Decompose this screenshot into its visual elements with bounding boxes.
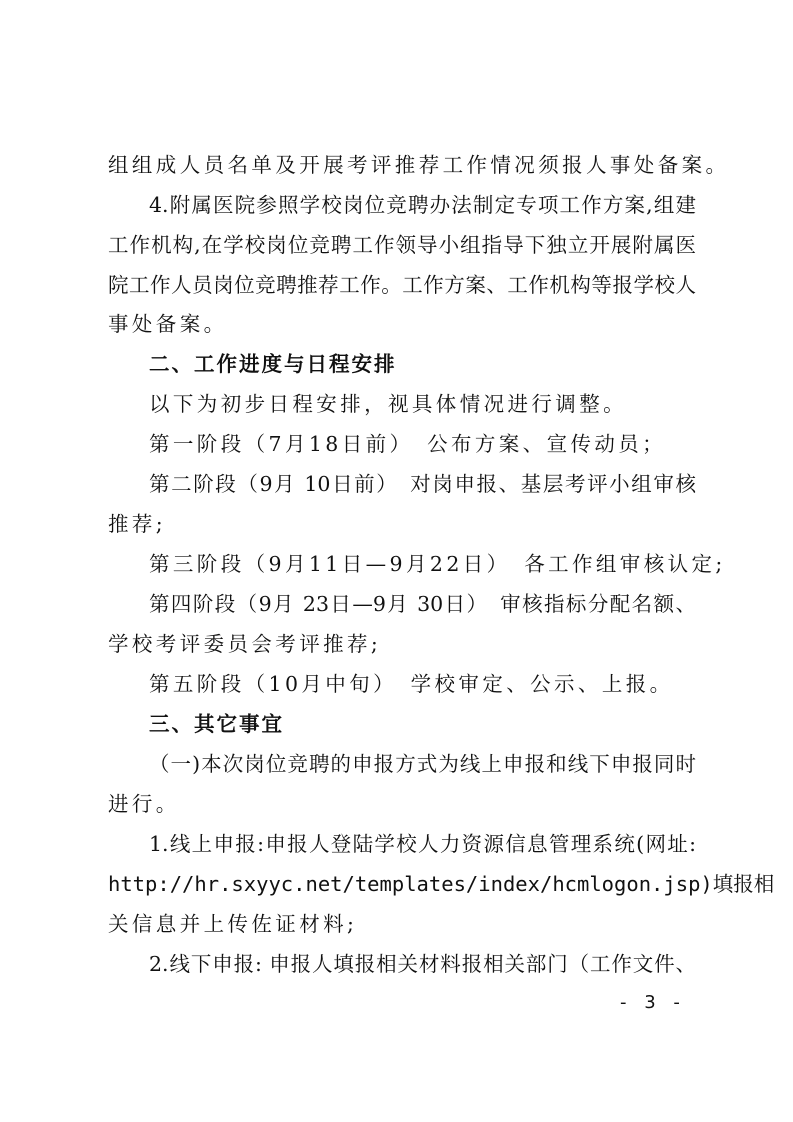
paragraph-line: 推荐; — [108, 511, 696, 537]
section-heading-schedule: 二、工作进度与日程安排 — [149, 351, 696, 377]
document-page: 组组成人员名单及开展考评推荐工作情况须报人事处备案。 4.附属医院参照学校岗位竞… — [0, 0, 793, 1122]
paragraph-line: 2.线下申报: 申报人填报相关材料报相关部门（工作文件、 — [149, 951, 696, 977]
paragraph-line: 事处备案。 — [108, 311, 696, 337]
paragraph-line: 以下为初步日程安排，视具体情况进行调整。 — [149, 391, 696, 417]
paragraph-line: 院工作人员岗位竞聘推荐工作。工作方案、工作机构等报学校人 — [108, 272, 696, 298]
url-line: http://hr.sxyyc.net/templates/index/hcml… — [108, 871, 696, 897]
paragraph-line: 组组成人员名单及开展考评推荐工作情况须报人事处备案。 — [108, 152, 696, 178]
paragraph-line: 学校考评委员会考评推荐; — [108, 631, 696, 657]
paragraph-line: 1.线上申报:申报人登陆学校人力资源信息管理系统(网址: — [149, 831, 696, 857]
paragraph-line: 关信息并上传佐证材料; — [108, 911, 696, 937]
schedule-stage-5: 第五阶段（10月中旬） 学校审定、公示、上报。 — [149, 671, 696, 697]
paragraph-line: （一)本次岗位竞聘的申报方式为线上申报和线下申报同时 — [149, 751, 696, 777]
schedule-stage-1: 第一阶段（7月18日前） 公布方案、宣传动员； — [149, 431, 696, 457]
schedule-stage-2: 第二阶段（9月 10日前） 对岗申报、基层考评小组审核 — [149, 471, 696, 497]
page-number: - 3 - — [620, 992, 686, 1013]
paragraph-line: 进行。 — [108, 791, 696, 817]
paragraph-line: 4.附属医院参照学校岗位竞聘办法制定专项工作方案,组建 — [149, 192, 696, 218]
schedule-stage-3: 第三阶段（9月11日—9月22日） 各工作组审核认定; — [149, 551, 696, 577]
paragraph-line: 工作机构,在学校岗位竞聘工作领导小组指导下独立开展附属医 — [108, 232, 696, 258]
section-heading-other-matters: 三、其它事宜 — [149, 711, 696, 737]
schedule-stage-4: 第四阶段（9月 23日—9月 30日） 审核指标分配名额、 — [149, 591, 696, 617]
